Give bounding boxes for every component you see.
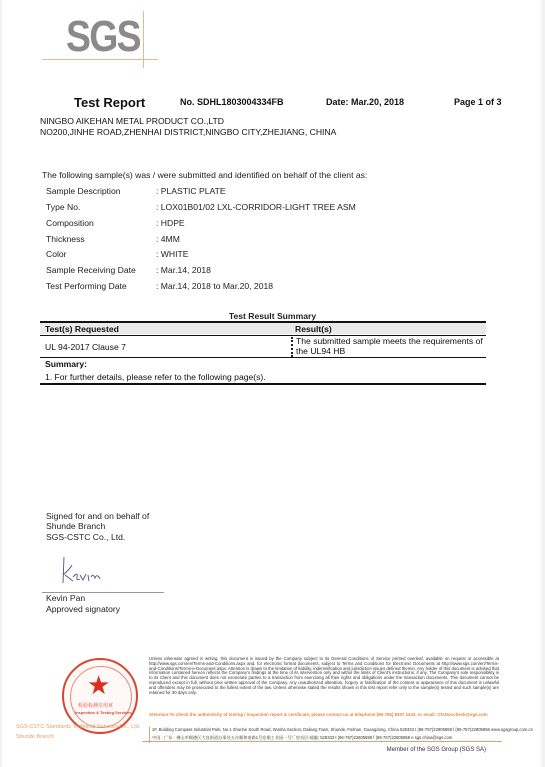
report-title: Test Report	[74, 95, 145, 110]
signer-name: Kevin Pan	[46, 593, 85, 603]
field-label: Type No.	[46, 202, 156, 212]
logo-crosshair-horizontal	[42, 59, 158, 60]
field-value: : WHITE	[156, 249, 188, 259]
table-bottom-rule	[40, 383, 486, 385]
handwritten-signature	[60, 555, 110, 587]
field-test-performing-date: Test Performing Date: Mar.14, 2018 to Ma…	[46, 281, 273, 291]
field-sample-description: Sample Description: PLASTIC PLATE	[46, 186, 226, 196]
client-address: NO200,JINHE ROAD,ZHENHAI DISTRICT,NINGBO…	[40, 127, 336, 137]
field-value: : HDPE	[156, 218, 185, 228]
field-color: Color: WHITE	[46, 249, 188, 259]
table-column-divider	[291, 337, 293, 357]
summary-text: 1. For further details, please refer to …	[45, 372, 266, 382]
field-value: : Mar.14, 2018 to Mar.20, 2018	[156, 281, 273, 291]
field-label: Sample Description	[46, 186, 156, 196]
field-thickness: Thickness: 4MM	[46, 234, 180, 244]
official-seal: ★ 检验检测专用章 Inspection & Testing Services	[62, 658, 138, 734]
sgs-logo: SGS	[66, 12, 140, 62]
signed-for-text: Signed for and on behalf of	[46, 511, 149, 521]
table-cell-test: UL 94-2017 Clause 7	[45, 342, 126, 352]
table-header-result: Result(s)	[295, 324, 332, 334]
logo-crosshair-vertical	[143, 11, 144, 68]
field-composition: Composition: HDPE	[46, 218, 185, 228]
table-cell-result-line1: The submitted sample meets the requireme…	[296, 336, 483, 346]
field-value: : LOX01B01/02 LXL-CORRIDOR-LIGHT TREE AS…	[156, 202, 356, 212]
report-number: No. SDHL1803004334FB	[180, 97, 284, 107]
table-header-test: Test(s) Requested	[45, 324, 119, 334]
branch-text: Shunde Branch	[46, 521, 105, 531]
footer-rule	[142, 741, 502, 742]
contact-address-en: 1F, Building Compass Industrial Park, No…	[152, 727, 533, 732]
signer-role: Approved signatory	[46, 604, 120, 614]
field-sample-receiving-date: Sample Receiving Date: Mar.14, 2018	[46, 265, 211, 275]
field-value: : 4MM	[156, 234, 180, 244]
summary-label: Summary:	[45, 359, 87, 369]
seal-text-cn: 检验检测专用章	[78, 702, 113, 709]
client-name: NINGBO AIKEHAN METAL PRODUCT CO.,LTD	[40, 116, 224, 126]
table-row-rule	[40, 357, 486, 358]
seal-branch-line1: SGS-CSTC Standards Technical Services Co…	[16, 724, 140, 730]
field-label: Sample Receiving Date	[46, 265, 156, 275]
field-label: Composition	[46, 218, 156, 228]
intro-text: The following sample(s) was / were submi…	[42, 170, 367, 180]
table-top-rule	[40, 321, 486, 323]
field-label: Thickness	[46, 234, 156, 244]
page-indicator: Page 1 of 3	[454, 97, 502, 107]
seal-text-en: Inspection & Testing Services	[75, 710, 132, 715]
field-value: : Mar.14, 2018	[156, 265, 211, 275]
field-label: Test Performing Date	[46, 281, 156, 291]
star-icon: ★	[87, 672, 110, 698]
field-value: : PLASTIC PLATE	[156, 186, 226, 196]
authenticity-notice: Attention:To check the authenticity of t…	[149, 713, 499, 718]
field-label: Color	[46, 249, 156, 259]
report-page: SGS Test Report No. SDHL1803004334FB Dat…	[2, 0, 541, 767]
seal-branch-line2: Shunde Branch	[16, 734, 54, 740]
table-cell-result-line2: the UL94 HB	[296, 346, 345, 356]
report-date: Date: Mar.20, 2018	[326, 97, 404, 107]
field-type-no: Type No.: LOX01B01/02 LXL-CORRIDOR-LIGHT…	[46, 202, 356, 212]
summary-table-title: Test Result Summary	[0, 311, 545, 321]
member-of-sgs-group: Member of the SGS Group (SGS SA)	[387, 747, 486, 753]
legal-disclaimer: Unless otherwise agreed in writing, this…	[149, 657, 499, 695]
company-text: SGS-CSTC Co., Ltd.	[46, 532, 125, 542]
